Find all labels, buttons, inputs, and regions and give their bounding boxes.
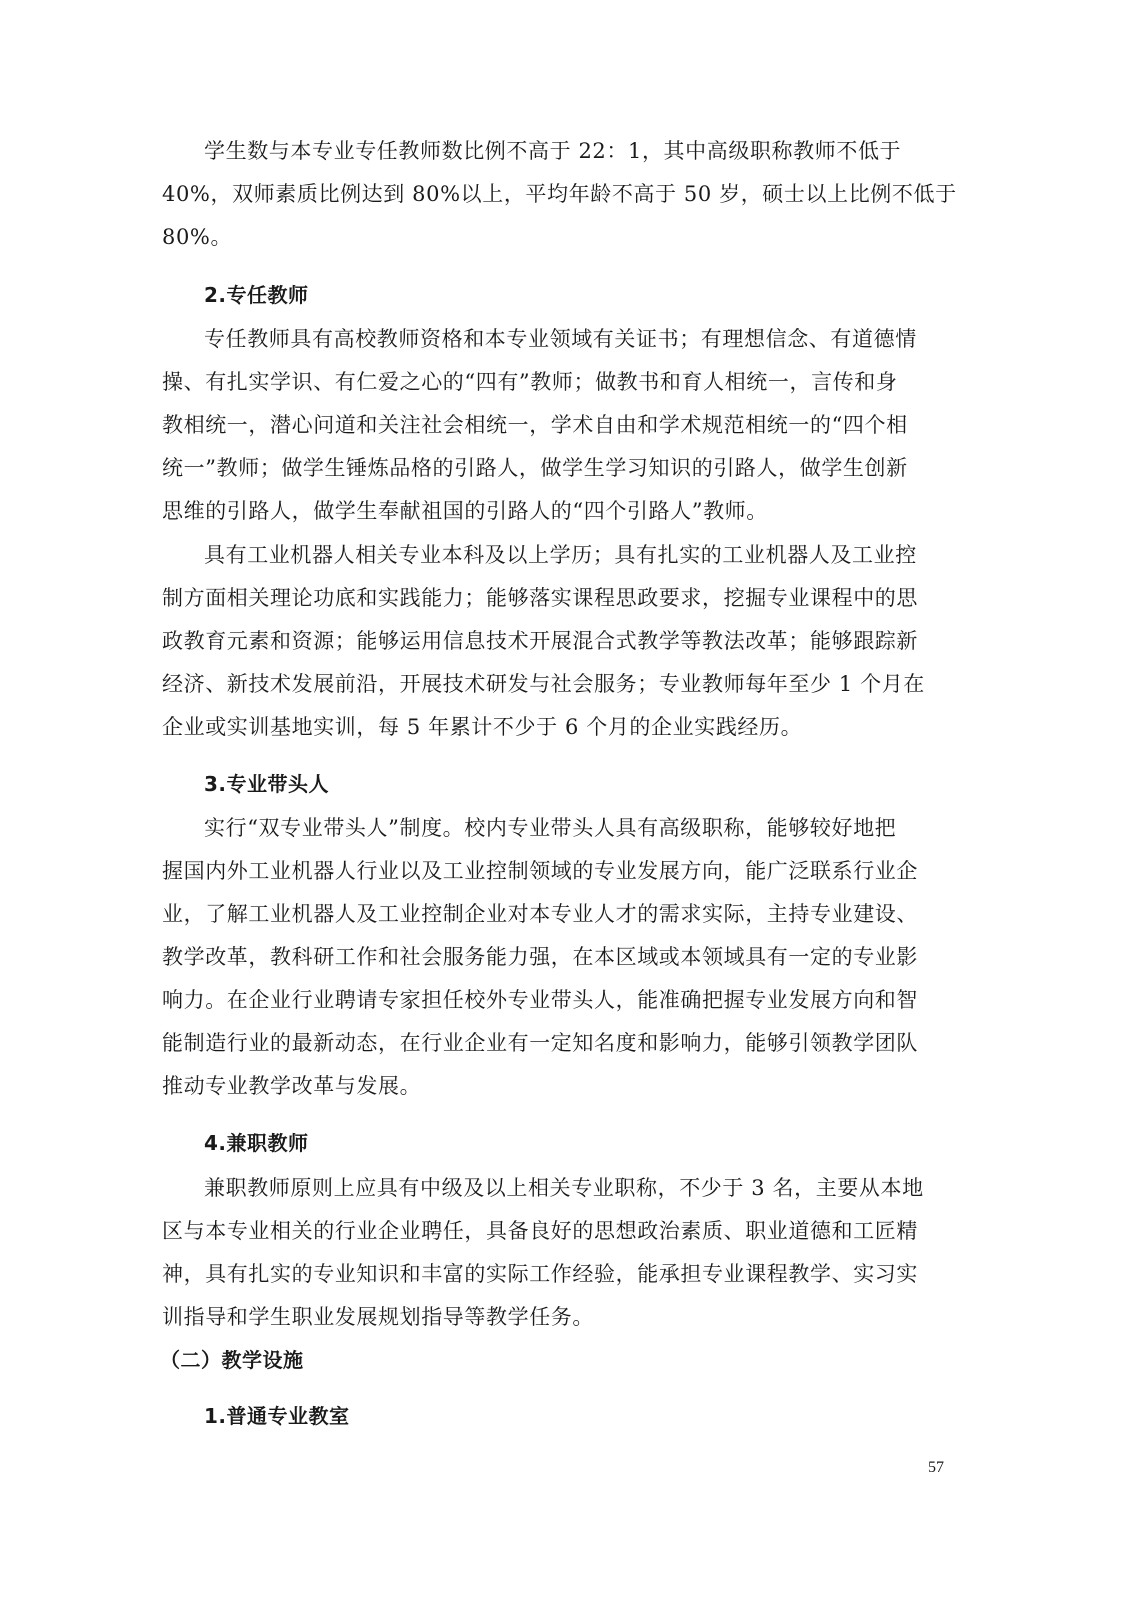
page-number: 57 (928, 1459, 944, 1477)
paragraph-line: 操、有扎实学识、有仁爱之心的“四有”教师；做教书和育人相统一，言传和身 (162, 370, 897, 394)
paragraph-line: 学生数与本专业专任教师数比例不高于 22：1，其中高级职称教师不低于 (204, 139, 901, 163)
paragraph-line: 握国内外工业机器人行业以及工业控制领域的专业发展方向，能广泛联系行业企 (162, 859, 918, 883)
paragraph-line: 推动专业教学改革与发展。 (162, 1074, 421, 1098)
paragraph-line: 兼职教师原则上应具有中级及以上相关专业职称，不少于 3 名，主要从本地 (204, 1176, 924, 1200)
paragraph-line: 40%，双师素质比例达到 80%以上，平均年龄不高于 50 岁，硕士以上比例不低… (162, 182, 957, 206)
paragraph-line: 专任教师具有高校教师资格和本专业领域有关证书；有理想信念、有道德情 (204, 327, 917, 351)
paragraph-line: 政教育元素和资源；能够运用信息技术开展混合式教学等教法改革；能够跟踪新 (162, 629, 918, 653)
paragraph-line: 制方面相关理论功底和实践能力；能够落实课程思政要求，挖掘专业课程中的思 (162, 586, 918, 610)
paragraph-line: 教相统一，潜心问道和关注社会相统一，学术自由和学术规范相统一的“四个相 (162, 413, 908, 437)
heading-program-leader: 3.专业带头人 (204, 772, 329, 796)
heading-part-time-teachers: 4.兼职教师 (204, 1131, 309, 1155)
document-page: 学生数与本专业专任教师数比例不高于 22：1，其中高级职称教师不低于 40%，双… (0, 0, 1131, 1600)
paragraph-line: 区与本专业相关的行业企业聘任，具备良好的思想政治素质、职业道德和工匠精 (162, 1219, 918, 1243)
paragraph-line: 实行“双专业带头人”制度。校内专业带头人具有高级职称，能够较好地把 (204, 816, 896, 840)
heading-full-time-teachers: 2.专任教师 (204, 283, 309, 307)
paragraph-line: 经济、新技术发展前沿，开展技术研发与社会服务；专业教师每年至少 1 个月在 (162, 672, 925, 696)
paragraph-line: 统一”教师；做学生锤炼品格的引路人，做学生学习知识的引路人，做学生创新 (162, 456, 908, 480)
paragraph-line: 80%。 (162, 225, 232, 249)
paragraph-line: 神，具有扎实的专业知识和丰富的实际工作经验，能承担专业课程教学、实习实 (162, 1262, 918, 1286)
heading-general-classroom: 1.普通专业教室 (204, 1404, 350, 1428)
paragraph-line: 具有工业机器人相关专业本科及以上学历；具有扎实的工业机器人及工业控 (204, 543, 917, 567)
paragraph-line: 思维的引路人，做学生奉献祖国的引路人的“四个引路人”教师。 (162, 499, 768, 523)
paragraph-line: 教学改革，教科研工作和社会服务能力强，在本区域或本领域具有一定的专业影 (162, 945, 918, 969)
paragraph-line: 训指导和学生职业发展规划指导等教学任务。 (162, 1305, 594, 1329)
heading-teaching-facilities: （二）教学设施 (160, 1348, 304, 1372)
paragraph-line: 企业或实训基地实训，每 5 年累计不少于 6 个月的企业实践经历。 (162, 715, 802, 739)
paragraph-line: 业，了解工业机器人及工业控制企业对本专业人才的需求实际，主持专业建设、 (162, 902, 918, 926)
paragraph-line: 响力。在企业行业聘请专家担任校外专业带头人，能准确把握专业发展方向和智 (162, 988, 918, 1012)
paragraph-line: 能制造行业的最新动态，在行业企业有一定知名度和影响力，能够引领教学团队 (162, 1031, 918, 1055)
